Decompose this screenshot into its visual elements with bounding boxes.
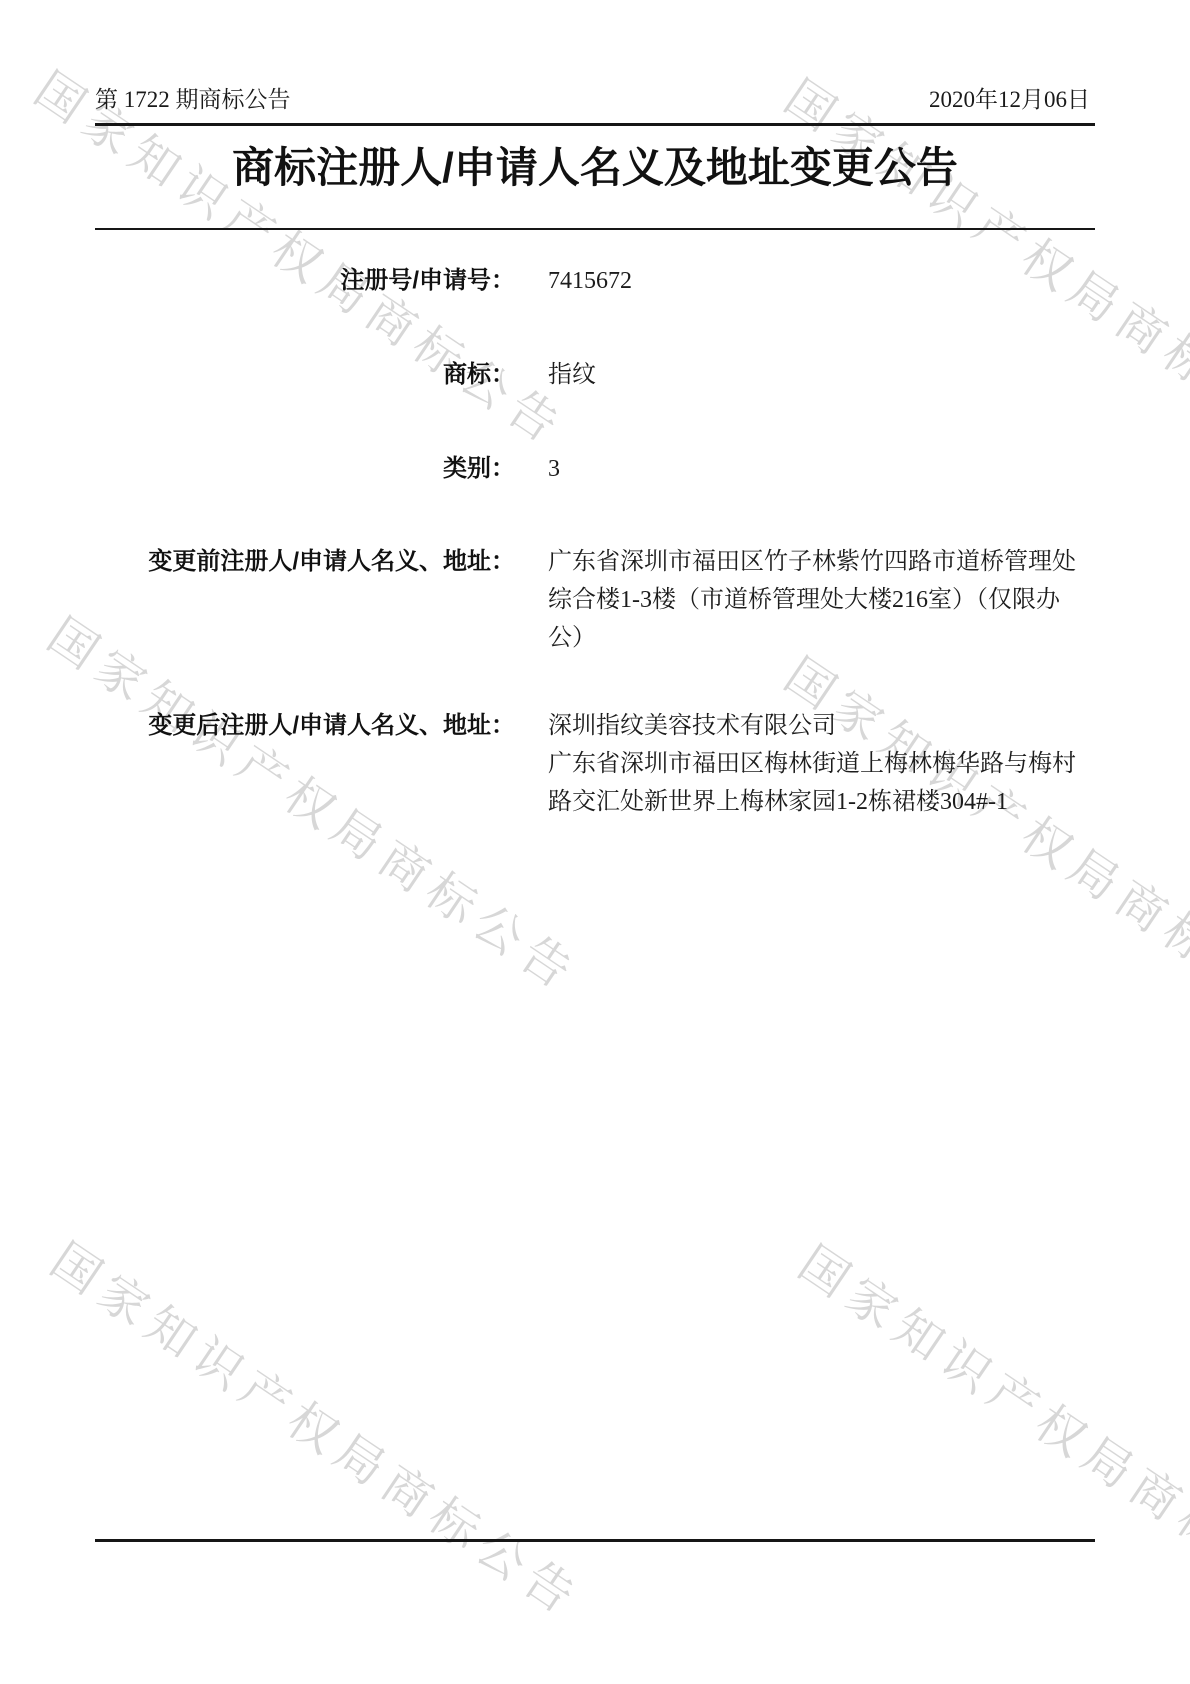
field-label: 类别： [95,450,515,488]
watermark-text: 国家知识产权局商标公告 [39,1223,597,1631]
value-line: 公） [548,619,1093,657]
field-value: 深圳指纹美容技术有限公司 广东省深圳市福田区梅林街道上梅林梅华路与梅村 路交汇处… [548,707,1093,821]
field-value: 7415672 [548,262,1093,300]
value-line: 综合楼1-3楼（市道桥管理处大楼216室）（仅限办 [548,581,1093,619]
watermark-text: 国家知识产权局商标公告 [773,638,1190,1046]
field-value: 3 [548,450,1093,488]
gazette-date: 2020年12月06日 [929,86,1090,114]
watermark-text: 国家知识产权局商标公告 [787,1226,1190,1634]
field-label: 商标： [95,356,515,394]
value-line: 指纹 [548,356,1093,394]
field-label: 变更前注册人/申请人名义、地址： [95,543,515,581]
field-value: 广东省深圳市福田区竹子林紫竹四路市道桥管理处 综合楼1-3楼（市道桥管理处大楼2… [548,543,1093,657]
watermark-text: 国家知识产权局商标公告 [36,598,594,1006]
value-line: 广东省深圳市福田区竹子林紫竹四路市道桥管理处 [548,543,1093,581]
value-line: 广东省深圳市福田区梅林街道上梅林梅华路与梅村 [548,745,1093,783]
value-line: 路交汇处新世界上梅林家园1-2栋裙楼304#-1 [548,783,1093,821]
header-rule [95,123,1095,126]
field-label: 注册号/申请号： [95,262,515,300]
gazette-page: 国家知识产权局商标公告 国家知识产权局商标公告 国家知识产权局商标公告 国家知识… [0,0,1190,1684]
field-label: 变更后注册人/申请人名义、地址： [95,707,515,745]
page-title: 商标注册人/申请人名义及地址变更公告 [0,140,1190,196]
footer-rule [95,1539,1095,1542]
value-line: 3 [548,450,1093,488]
value-line: 深圳指纹美容技术有限公司 [548,707,1093,745]
title-rule [95,228,1095,230]
field-value: 指纹 [548,356,1093,394]
value-line: 7415672 [548,262,1093,300]
gazette-issue-label: 第 1722 期商标公告 [95,86,291,114]
